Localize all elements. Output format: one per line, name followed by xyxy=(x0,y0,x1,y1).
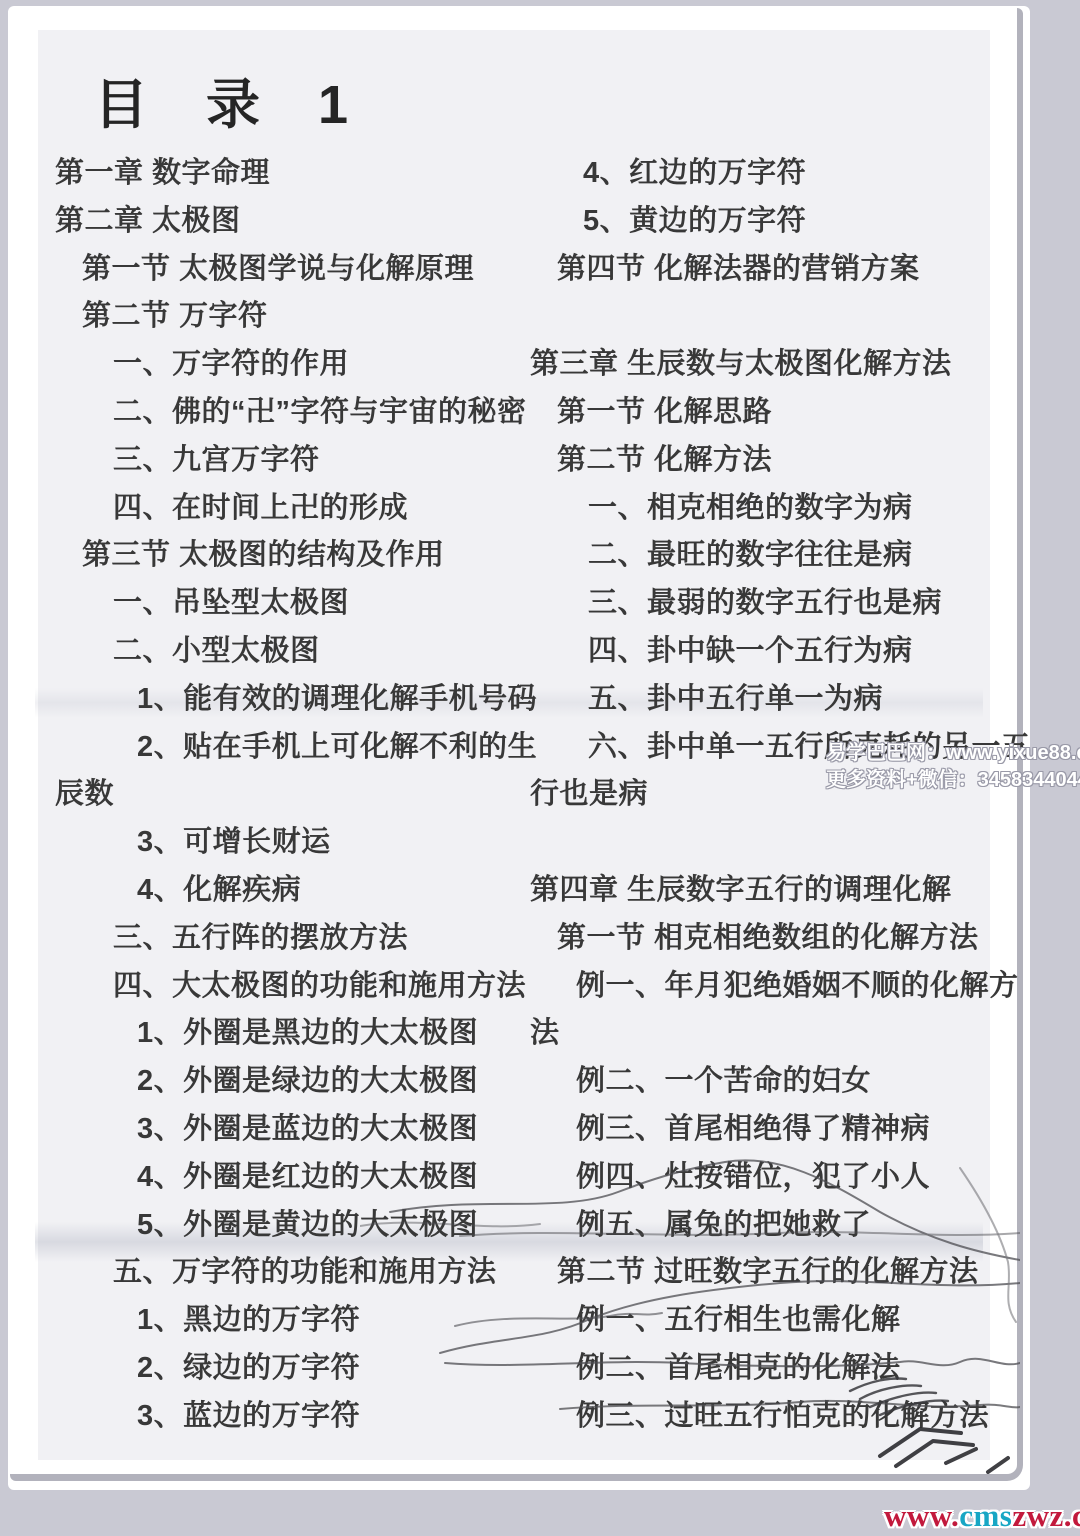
toc-entry: 3、外圈是蓝边的大太极图 xyxy=(55,1106,527,1154)
toc-entry: 第二章 太极图 xyxy=(55,198,527,246)
toc-entry: 例一、年月犯绝婚姻不顺的化解方 xyxy=(530,963,1010,1011)
toc-entry: 1、外圈是黑边的大太极图 xyxy=(55,1010,527,1058)
toc-entry: 第一节 相克相绝数组的化解方法 xyxy=(530,915,1010,963)
toc-entry: 四、卦中缺一个五行为病 xyxy=(530,628,1010,676)
toc-entry: 四、在时间上卍的形成 xyxy=(55,485,527,533)
toc-entry: 二、最旺的数字往往是病 xyxy=(530,532,1010,580)
toc-entry: 4、化解疾病 xyxy=(55,867,527,915)
toc-entry: 第二节 化解方法 xyxy=(530,437,1010,485)
toc-blank-line xyxy=(530,293,1010,341)
watermark-line-1: 易学巴巴网：www.yixue88.cn xyxy=(826,740,1080,767)
page-title: 目 录 1 xyxy=(94,62,350,139)
toc-entry: 第四节 化解法器的营销方案 xyxy=(530,246,1010,294)
footer-url-part3: zwz.com xyxy=(1012,1498,1080,1533)
toc-entry: 辰数 xyxy=(55,771,527,819)
toc-entry: 一、万字符的作用 xyxy=(55,341,527,389)
toc-entry: 三、五行阵的摆放方法 xyxy=(55,915,527,963)
site-watermark: 易学巴巴网：www.yixue88.cn 更多资料+微信：3458344044 xyxy=(826,740,1080,794)
toc-entry: 第一节 太极图学说与化解原理 xyxy=(55,246,527,294)
toc-entry: 4、红边的万字符 xyxy=(530,150,1010,198)
toc-entry: 2、贴在手机上可化解不利的生 xyxy=(55,724,527,772)
toc-entry: 五、卦中五行单一为病 xyxy=(530,676,1010,724)
screenshot-root: 目 录 1 第一章 数字命理第二章 太极图第一节 太极图学说与化解原理第二节 万… xyxy=(0,0,1080,1536)
watermark-line-2: 更多资料+微信：3458344044 xyxy=(826,767,1080,794)
toc-entry: 四、大太极图的功能和施用方法 xyxy=(55,963,527,1011)
footer-url-part2: cms xyxy=(959,1498,1012,1533)
toc-entry: 2、外圈是绿边的大太极图 xyxy=(55,1058,527,1106)
toc-entry: 3、蓝边的万字符 xyxy=(55,1393,527,1441)
toc-entry: 一、相克相绝的数字为病 xyxy=(530,485,1010,533)
toc-entry: 一、吊坠型太极图 xyxy=(55,580,527,628)
toc-entry: 4、外圈是红边的大太极图 xyxy=(55,1154,527,1202)
toc-left-column: 第一章 数字命理第二章 太极图第一节 太极图学说与化解原理第二节 万字符一、万字… xyxy=(55,150,527,1441)
toc-entry: 例二、首尾相克的化解法 xyxy=(530,1345,1010,1393)
toc-entry: 第二节 过旺数字五行的化解方法 xyxy=(530,1249,1010,1297)
toc-entry: 三、最弱的数字五行也是病 xyxy=(530,580,1010,628)
toc-entry: 2、绿边的万字符 xyxy=(55,1345,527,1393)
toc-entry: 第三节 太极图的结构及作用 xyxy=(55,532,527,580)
toc-entry: 二、小型太极图 xyxy=(55,628,527,676)
toc-entry: 法 xyxy=(530,1010,1010,1058)
toc-entry: 三、九宫万字符 xyxy=(55,437,527,485)
toc-entry: 例二、一个苦命的妇女 xyxy=(530,1058,1010,1106)
toc-entry: 5、外圈是黄边的大太极图 xyxy=(55,1202,527,1250)
toc-entry: 第一章 数字命理 xyxy=(55,150,527,198)
toc-blank-line xyxy=(530,819,1010,867)
toc-entry: 第一节 化解思路 xyxy=(530,389,1010,437)
toc-entry: 第三章 生辰数与太极图化解方法 xyxy=(530,341,1010,389)
toc-entry: 第二节 万字符 xyxy=(55,293,527,341)
toc-entry: 例三、首尾相绝得了精神病 xyxy=(530,1106,1010,1154)
toc-entry: 3、可增长财运 xyxy=(55,819,527,867)
toc-entry: 例五、属兔的把她救了 xyxy=(530,1202,1010,1250)
toc-entry: 1、黑边的万字符 xyxy=(55,1297,527,1345)
toc-entry: 例三、过旺五行怕克的化解方法 xyxy=(530,1393,1010,1441)
toc-entry: 五、万字符的功能和施用方法 xyxy=(55,1249,527,1297)
toc-entry: 1、能有效的调理化解手机号码 xyxy=(55,676,527,724)
toc-right-column: 4、红边的万字符5、黄边的万字符第四节 化解法器的营销方案第三章 生辰数与太极图… xyxy=(530,150,1010,1441)
toc-entry: 第四章 生辰数字五行的调理化解 xyxy=(530,867,1010,915)
toc-entry: 5、黄边的万字符 xyxy=(530,198,1010,246)
footer-url-part1: www. xyxy=(884,1498,959,1533)
toc-entry: 例一、五行相生也需化解 xyxy=(530,1297,1010,1345)
footer-site-watermark: www.cmszwz.com xyxy=(884,1498,1080,1534)
toc-entry: 二、佛的“卍”字符与宇宙的秘密 xyxy=(55,389,527,437)
toc-entry: 例四、灶按错位，犯了小人 xyxy=(530,1154,1010,1202)
